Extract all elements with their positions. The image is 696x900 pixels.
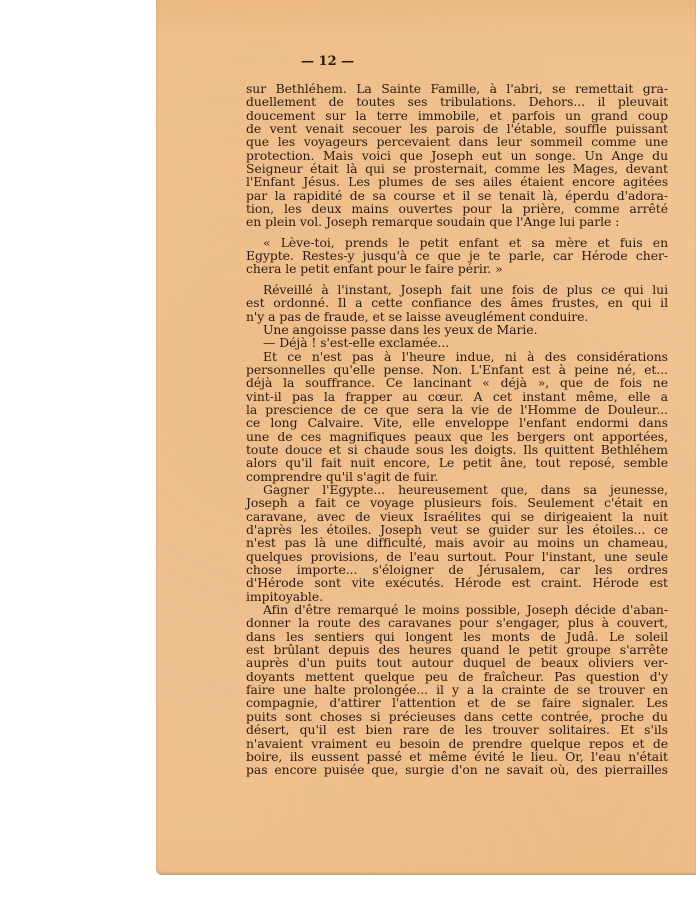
text-line: comprendre qu'il s'agit de fuir. bbox=[246, 470, 668, 483]
text-line: compagnie, d'attirer l'attention et de s… bbox=[246, 696, 668, 709]
text-line: auprès d'un puits tout autour duquel de … bbox=[246, 656, 668, 669]
text-line: de vent venait secouer les parois de l'é… bbox=[246, 122, 668, 135]
text-line: protection. Mais voici que Joseph eut un… bbox=[246, 149, 668, 162]
text-line: par la rapidité de sa course et il se te… bbox=[246, 189, 668, 202]
text-line: tion, les deux mains ouvertes pour la pr… bbox=[246, 202, 668, 215]
text-line: Et ce n'est pas à l'heure indue, ni à de… bbox=[246, 350, 668, 363]
text-line: doucement sur la terre immobile, et parf… bbox=[246, 109, 668, 122]
text-line: boire, ils eussent passé et même évité l… bbox=[246, 750, 668, 763]
paragraph: sur Bethléhem. La Sainte Famille, à l'ab… bbox=[246, 82, 668, 229]
text-line: n'est pas là une difficulté, mais avoir … bbox=[246, 536, 668, 549]
paragraph: « Lève-toi, prends le petit enfant et sa… bbox=[246, 236, 668, 276]
scanned-page: — 12 — sur Bethléhem. La Sainte Famille,… bbox=[156, 0, 696, 875]
text-line: Joseph a fait ce voyage plusieurs fois. … bbox=[246, 496, 668, 509]
text-line: vint-il pas la frapper au cœur. A cet in… bbox=[246, 390, 668, 403]
text-line: déjà la souffrance. Ce lancinant « déjà … bbox=[246, 376, 668, 389]
text-line: quelques provisions, de l'eau surtout. P… bbox=[246, 550, 668, 563]
text-line: puits sont choses si précieuses dans cet… bbox=[246, 710, 668, 723]
text-line: Une angoisse passe dans les yeux de Mari… bbox=[246, 323, 668, 336]
text-line: doyants mettent quelque peu de fraîcheur… bbox=[246, 670, 668, 683]
text-line: n'avaient vraiment eu besoin de prendre … bbox=[246, 737, 668, 750]
paragraph: Gagner l'Egypte... heureusement que, dan… bbox=[246, 483, 668, 603]
text-line: d'Hérode sont vite exécutés. Hérode est … bbox=[246, 576, 668, 589]
paragraph: Réveillé à l'instant, Joseph fait une fo… bbox=[246, 283, 668, 323]
text-line: faire une halte prolongée... il y a la c… bbox=[246, 683, 668, 696]
text-line: toute douce et si chaude sous les doigts… bbox=[246, 443, 668, 456]
text-line: impitoyable. bbox=[246, 590, 668, 603]
text-line: la prescience de ce que sera la vie de l… bbox=[246, 403, 668, 416]
text-line: désert, qu'il est bien rare de les trouv… bbox=[246, 723, 668, 736]
text-line: personnelles qu'elle pense. Non. L'Enfan… bbox=[246, 363, 668, 376]
paragraph: Et ce n'est pas à l'heure indue, ni à de… bbox=[246, 350, 668, 483]
text-line: est brûlant depuis des heures quand le p… bbox=[246, 643, 668, 656]
body-text: sur Bethléhem. La Sainte Famille, à l'ab… bbox=[246, 82, 668, 777]
text-line: caravane, avec de vieux Israélites qui s… bbox=[246, 510, 668, 523]
paragraph: — Déjà ! s'est-elle exclamée... bbox=[246, 336, 668, 349]
text-line: Gagner l'Egypte... heureusement que, dan… bbox=[246, 483, 668, 496]
text-line: chera le petit enfant pour le faire péri… bbox=[246, 262, 668, 275]
paragraph: Afin d'être remarqué le moins possible, … bbox=[246, 603, 668, 776]
text-line: sur Bethléhem. La Sainte Famille, à l'ab… bbox=[246, 82, 668, 95]
text-line: Afin d'être remarqué le moins possible, … bbox=[246, 603, 668, 616]
text-line: en plein vol. Joseph remarque soudain qu… bbox=[246, 215, 668, 228]
text-line: ce long Calvaire. Vite, elle enveloppe l… bbox=[246, 416, 668, 429]
text-line: Réveillé à l'instant, Joseph fait une fo… bbox=[246, 283, 668, 296]
text-line: est ordonné. Il a cette confiance des âm… bbox=[246, 296, 668, 309]
text-line: « Lève-toi, prends le petit enfant et sa… bbox=[246, 236, 668, 249]
text-line: donner la route des caravanes pour s'eng… bbox=[246, 616, 668, 629]
text-line: que les voyageurs percevaient dans leur … bbox=[246, 135, 668, 148]
text-line: n'y a pas de fraude, et se laisse aveugl… bbox=[246, 310, 668, 323]
text-line: d'après les étoiles. Joseph veut se guid… bbox=[246, 523, 668, 536]
page-number: — 12 — bbox=[156, 54, 696, 69]
text-line: l'Enfant Jésus. Les plumes de ses ailes … bbox=[246, 175, 668, 188]
paragraph: Une angoisse passe dans les yeux de Mari… bbox=[246, 323, 668, 336]
text-line: pas encore puisée que, surgie d'on ne sa… bbox=[246, 763, 668, 776]
text-line: — Déjà ! s'est-elle exclamée... bbox=[246, 336, 668, 349]
text-line: chose importe... s'éloigner de Jérusalem… bbox=[246, 563, 668, 576]
text-line: Seigneur était là qui se prosternait, co… bbox=[246, 162, 668, 175]
text-line: dans les sentiers qui longent les monts … bbox=[246, 630, 668, 643]
text-line: duellement de toutes ses tribulations. D… bbox=[246, 95, 668, 108]
text-line: Egypte. Restes-y jusqu'à ce que je te pa… bbox=[246, 249, 668, 262]
text-line: une de ces magnifiques peaux que les ber… bbox=[246, 430, 668, 443]
text-line: alors qu'il fait nuit encore, Le petit â… bbox=[246, 456, 668, 469]
